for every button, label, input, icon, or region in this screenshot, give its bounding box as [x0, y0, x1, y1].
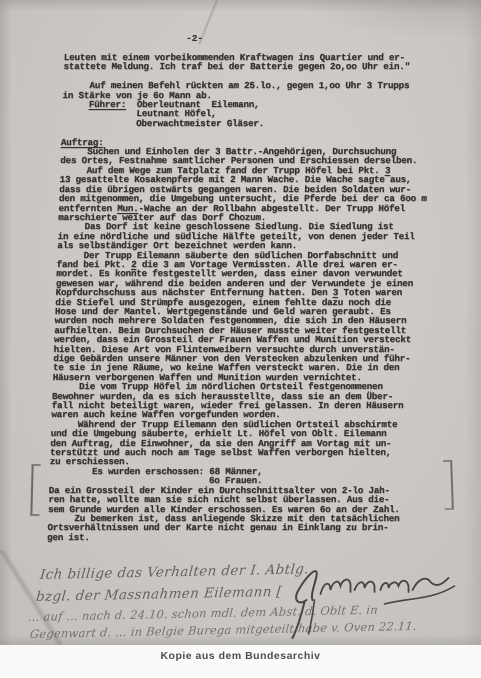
text-line: gen ist. — [47, 533, 439, 542]
page-number: -2- — [186, 33, 203, 44]
paper-scan: -2- Leuten mit einem vorbeikommenden Kra… — [0, 0, 481, 647]
text-line: stattete Meldung. Ich traf bei der Batte… — [63, 62, 455, 71]
typewritten-body: Leuten mit einem vorbeikommenden Kraftwa… — [47, 53, 456, 542]
text-line: Ortsverhältnissen und der Karte nicht ge… — [47, 523, 439, 532]
archive-caption-band: Kopie aus dem Bundesarchiv — [0, 645, 481, 678]
scanned-document-page: -2- Leuten mit einem vorbeikommenden Kra… — [0, 0, 481, 678]
handwritten-note-line1: Ich billige das Verhalten der I. Abtlg. — [39, 561, 310, 583]
archive-caption: Kopie aus dem Bundesarchiv — [160, 650, 320, 662]
text-line: Oberwachtmeister Gläser. — [61, 119, 453, 128]
text-line — [61, 128, 453, 137]
handwritten-bracket-left — [30, 464, 40, 516]
handwritten-bracket-right — [443, 460, 454, 510]
scan-smudge — [300, 0, 481, 40]
handwritten-note-line2: bzgl. der Massnahmen Eilemann [ — [35, 584, 283, 605]
